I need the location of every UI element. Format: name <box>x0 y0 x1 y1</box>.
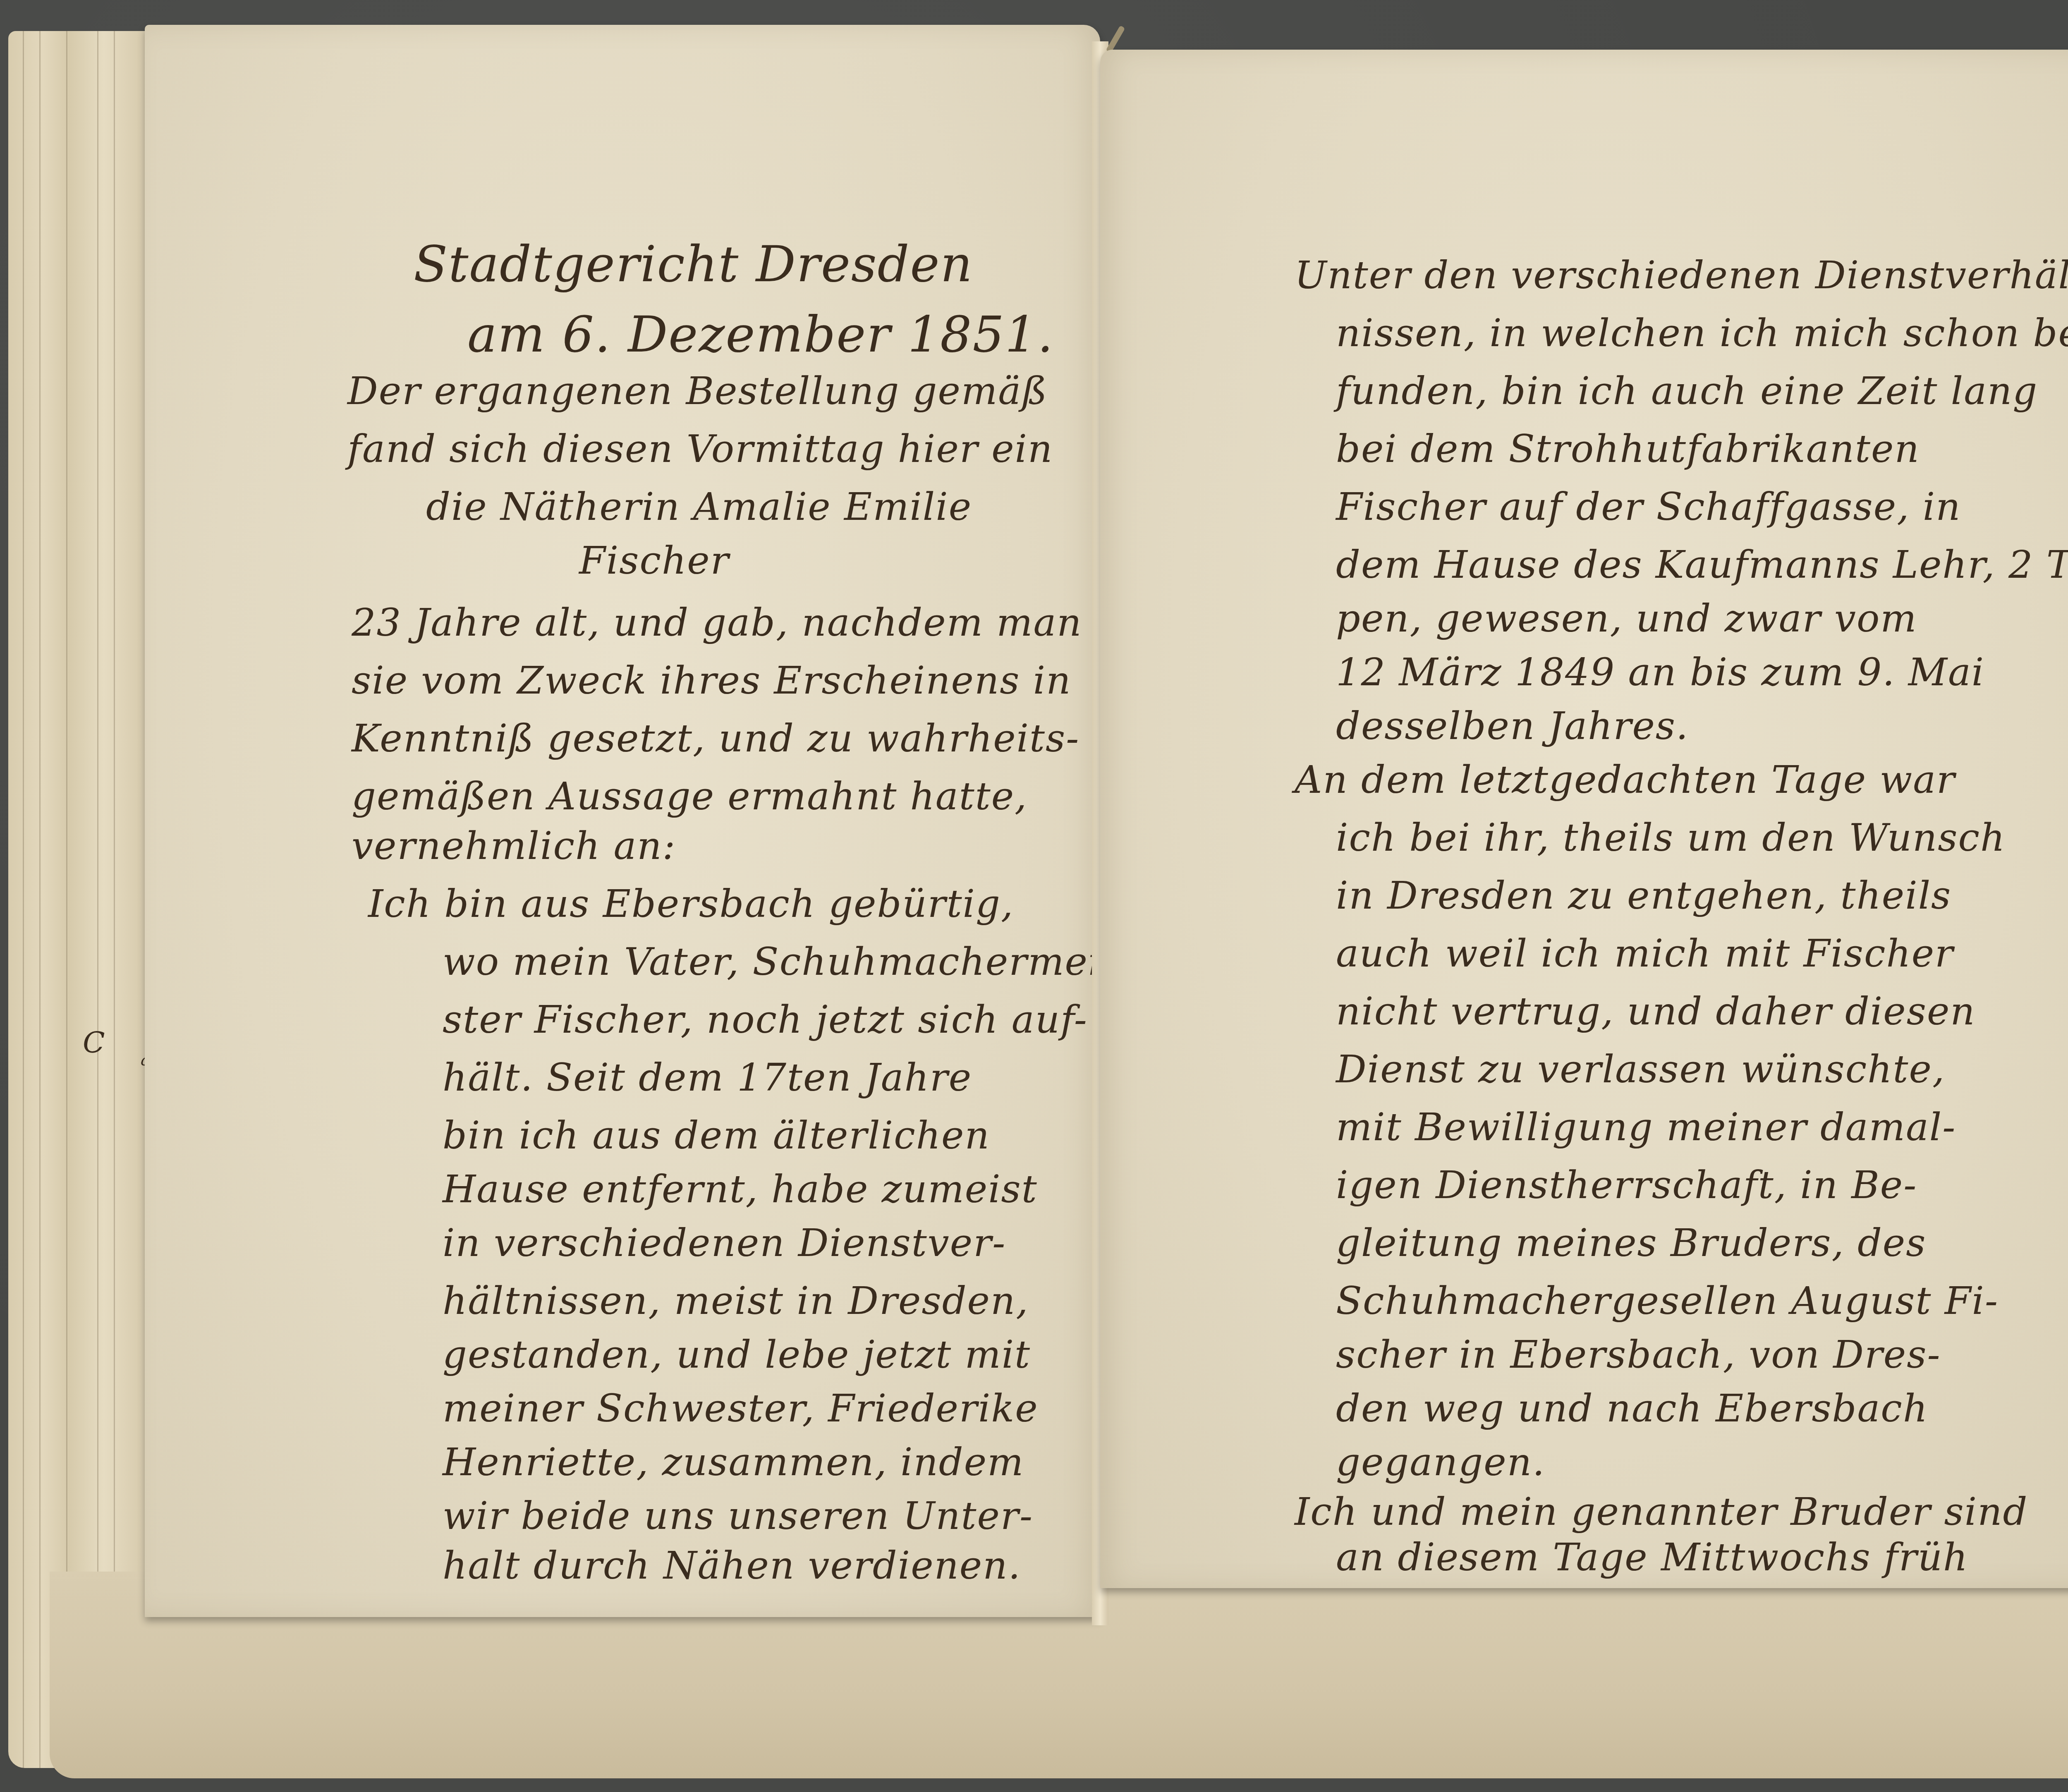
text-line: Fischer auf der Schaffgasse, in <box>1336 488 1961 526</box>
page-edge-line <box>114 31 115 1768</box>
text-line: dem Hause des Kaufmanns Lehr, 2 Trep- <box>1336 546 2068 584</box>
text-line: 23 Jahre alt, und gab, nachdem man <box>352 604 1082 642</box>
right-page: Unter den verschiedenen Dienstverhält- n… <box>1100 50 2068 1588</box>
text-line: vernehmlich an: <box>352 827 676 865</box>
text-line: fand sich diesen Vormittag hier ein <box>347 430 1053 468</box>
text-line: Schuhmachergesellen August Fi- <box>1336 1282 1999 1320</box>
text-line: funden, bin ich auch eine Zeit lang <box>1336 372 2038 410</box>
text-line: Der ergangenen Bestellung gemäß <box>347 372 1048 410</box>
heading-date: am 6. Dezember 1851. <box>467 310 1054 360</box>
text-line: in Dresden zu entgehen, theils <box>1336 877 1951 915</box>
text-line: pen, gewesen, und zwar vom <box>1336 600 1917 638</box>
text-line: ster Fischer, noch jetzt sich auf- <box>443 1001 1088 1039</box>
text-line: gleitung meines Bruders, des <box>1336 1224 1926 1262</box>
text-line: nissen, in welchen ich mich schon be- <box>1336 314 2068 352</box>
text-line: Hause entfernt, habe zumeist <box>443 1170 1038 1208</box>
page-edge-line <box>23 31 24 1768</box>
text-line: gemäßen Aussage ermahnt hatte, <box>352 778 1027 816</box>
text-line: sie vom Zweck ihres Erscheinens in <box>352 662 1071 700</box>
text-line: in verschiedenen Dienstver- <box>443 1224 1006 1262</box>
text-line: wir beide uns unseren Unter- <box>443 1497 1033 1535</box>
text-line: hält. Seit dem 17ten Jahre <box>443 1059 972 1097</box>
text-line: Kenntniß gesetzt, und zu wahrheits- <box>352 720 1079 758</box>
page-edge-line <box>66 31 67 1768</box>
text-line: bei dem Strohhutfabrikanten <box>1336 430 1920 468</box>
text-line: Unter den verschiedenen Dienstverhält- <box>1295 256 2068 294</box>
text-line: Ich und mein genannter Bruder sind <box>1295 1493 2028 1531</box>
margin-mark: C <box>83 1026 105 1060</box>
left-page: Stadtgericht Dresden am 6. Dezember 1851… <box>145 25 1100 1617</box>
text-line: desselben Jahres. <box>1336 707 1689 745</box>
text-line: den weg und nach Ebersbach <box>1336 1390 1928 1428</box>
text-line: An dem letztgedachten Tage war <box>1295 761 1956 799</box>
heading-court: Stadtgericht Dresden <box>414 240 973 289</box>
text-line: scher in Ebersbach, von Dres- <box>1336 1336 1941 1374</box>
text-line: gegangen. <box>1336 1443 1545 1481</box>
text-line: bin ich aus dem älterlichen <box>443 1117 990 1155</box>
text-line: die Nätherin Amalie Emilie <box>426 488 972 526</box>
text-line: an diesem Tage Mittwochs früh <box>1336 1538 1968 1577</box>
text-line: igen Dienstherrschaft, in Be- <box>1336 1166 1917 1204</box>
text-line: Ich bin aus Ebersbach gebürtig, <box>368 885 1014 923</box>
text-line: Dienst zu verlassen wünschte, <box>1336 1050 1945 1089</box>
text-line: wo mein Vater, Schuhmachermei- <box>443 943 1115 981</box>
text-line: ich bei ihr, theils um den Wunsch <box>1336 819 2006 857</box>
text-line: Henriette, zusammen, indem <box>443 1443 1024 1481</box>
text-line: nicht vertrug, und daher diesen <box>1336 993 1976 1031</box>
text-line: auch weil ich mich mit Fischer <box>1336 935 1954 973</box>
text-line: meiner Schwester, Friederike <box>443 1390 1039 1428</box>
text-line: Fischer <box>579 542 730 580</box>
page-edge-line <box>97 31 98 1768</box>
text-line: halt durch Nähen verdienen. <box>443 1547 1021 1585</box>
text-line: hältnissen, meist in Dresden, <box>443 1282 1029 1320</box>
text-line: 12 März 1849 an bis zum 9. Mai <box>1336 653 1984 691</box>
page-edge-line <box>39 31 41 1768</box>
text-line: gestanden, und lebe jetzt mit <box>443 1336 1031 1374</box>
text-line: mit Bewilligung meiner damal- <box>1336 1108 1956 1146</box>
